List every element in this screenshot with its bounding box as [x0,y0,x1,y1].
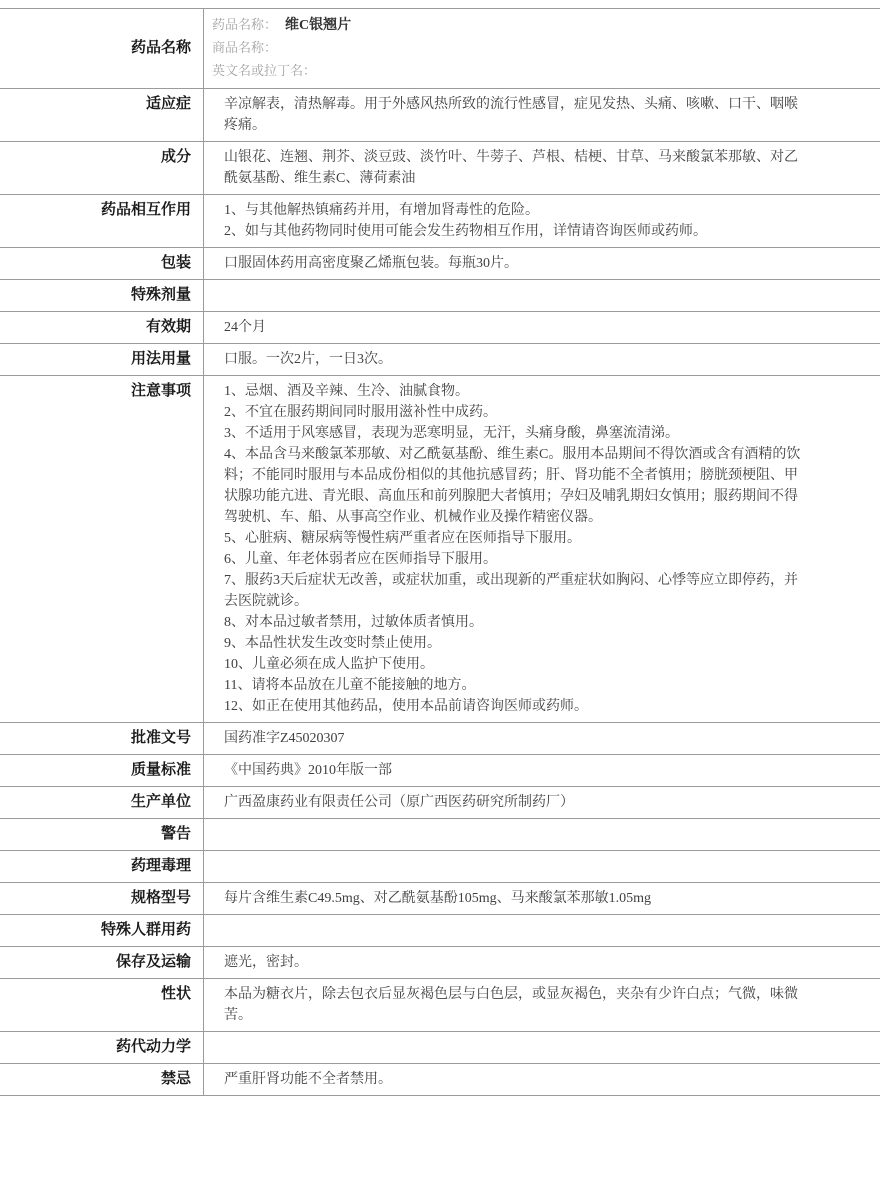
row-content: 每片含维生素C49.5mg、对乙酰氨基酚105mg、马来酸氯苯那敏1.05mg [204,883,880,915]
table-row: 禁忌 严重肝肾功能不全者禁用。 [0,1064,880,1096]
row-label: 特殊人群用药 [0,915,204,947]
row-content: 广西盈康药业有限责任公司（原广西医药研究所制药厂） [204,787,880,819]
row-content [204,851,880,883]
row-label: 有效期 [0,312,204,344]
row-label: 规格型号 [0,883,204,915]
row-content: 本品为糖衣片，除去包衣后显灰褐色层与白色层，或显灰褐色，夹杂有少许白点；气微，味… [204,979,880,1032]
drug-name-cell: 药品名称：维C银翘片 商品名称： 英文名或拉丁名： [204,9,880,89]
row-content: 遮光，密封。 [204,947,880,979]
row-label: 适应症 [0,89,204,142]
row-label: 注意事项 [0,376,204,723]
trade-name-field: 商品名称： [212,37,802,60]
table-row: 有效期 24个月 [0,312,880,344]
row-label: 成分 [0,142,204,195]
row-content [204,1032,880,1064]
row-content: 严重肝肾功能不全者禁用。 [204,1064,880,1096]
row-label: 保存及运输 [0,947,204,979]
row-label: 药品名称 [0,9,204,89]
row-label: 包装 [0,248,204,280]
table-row: 药代动力学 [0,1032,880,1064]
table-row: 药品相互作用 1、与其他解热镇痛药并用，有增加肾毒性的危险。 2、如与其他药物同… [0,195,880,248]
drug-name-field: 药品名称：维C银翘片 [212,14,802,37]
table-row: 特殊人群用药 [0,915,880,947]
table-row: 性状 本品为糖衣片，除去包衣后显灰褐色层与白色层，或显灰褐色，夹杂有少许白点；气… [0,979,880,1032]
row-label: 用法用量 [0,344,204,376]
row-label: 生产单位 [0,787,204,819]
field-label: 药品名称： [212,17,277,32]
table-row: 质量标准 《中国药典》2010年版一部 [0,755,880,787]
row-content: 24个月 [204,312,880,344]
row-content [204,915,880,947]
row-content [204,819,880,851]
row-label: 质量标准 [0,755,204,787]
row-label: 禁忌 [0,1064,204,1096]
row-label: 药品相互作用 [0,195,204,248]
table-row: 药品名称 药品名称：维C银翘片 商品名称： 英文名或拉丁名： [0,9,880,89]
row-content: 口服固体药用高密度聚乙烯瓶包装。每瓶30片。 [204,248,880,280]
drug-name-value: 维C银翘片 [285,18,351,33]
row-content: 1、与其他解热镇痛药并用，有增加肾毒性的危险。 2、如与其他药物同时使用可能会发… [204,195,880,248]
row-label: 警告 [0,819,204,851]
table-row: 用法用量 口服。一次2片，一日3次。 [0,344,880,376]
table-row: 批准文号 国药准字Z45020307 [0,723,880,755]
field-label: 英文名或拉丁名： [212,63,316,78]
row-content: 山银花、连翘、荆芥、淡豆豉、淡竹叶、牛蒡子、芦根、桔梗、甘草、马来酸氯苯那敏、对… [204,142,880,195]
row-content [204,280,880,312]
row-label: 特殊剂量 [0,280,204,312]
table-row: 保存及运输 遮光，密封。 [0,947,880,979]
row-content: 辛凉解表，清热解毒。用于外感风热所致的流行性感冒，症见发热、头痛、咳嗽、口干、咽… [204,89,880,142]
table-row: 规格型号 每片含维生素C49.5mg、对乙酰氨基酚105mg、马来酸氯苯那敏1.… [0,883,880,915]
row-label: 批准文号 [0,723,204,755]
row-label: 性状 [0,979,204,1032]
row-label: 药理毒理 [0,851,204,883]
field-label: 商品名称： [212,40,277,55]
table-row: 警告 [0,819,880,851]
row-content: 国药准字Z45020307 [204,723,880,755]
table-row: 成分 山银花、连翘、荆芥、淡豆豉、淡竹叶、牛蒡子、芦根、桔梗、甘草、马来酸氯苯那… [0,142,880,195]
latin-name-field: 英文名或拉丁名： [212,60,802,83]
row-content: 1、忌烟、酒及辛辣、生冷、油腻食物。 2、不宜在服药期间同时服用滋补性中成药。 … [204,376,880,723]
drug-info-table: 药品名称 药品名称：维C银翘片 商品名称： 英文名或拉丁名： 适应症 辛凉解表，… [0,8,880,1096]
row-content: 口服。一次2片，一日3次。 [204,344,880,376]
row-content: 《中国药典》2010年版一部 [204,755,880,787]
table-row: 药理毒理 [0,851,880,883]
table-row: 适应症 辛凉解表，清热解毒。用于外感风热所致的流行性感冒，症见发热、头痛、咳嗽、… [0,89,880,142]
table-row: 特殊剂量 [0,280,880,312]
table-row: 包装 口服固体药用高密度聚乙烯瓶包装。每瓶30片。 [0,248,880,280]
row-label: 药代动力学 [0,1032,204,1064]
table-row: 生产单位 广西盈康药业有限责任公司（原广西医药研究所制药厂） [0,787,880,819]
table-row: 注意事项 1、忌烟、酒及辛辣、生冷、油腻食物。 2、不宜在服药期间同时服用滋补性… [0,376,880,723]
